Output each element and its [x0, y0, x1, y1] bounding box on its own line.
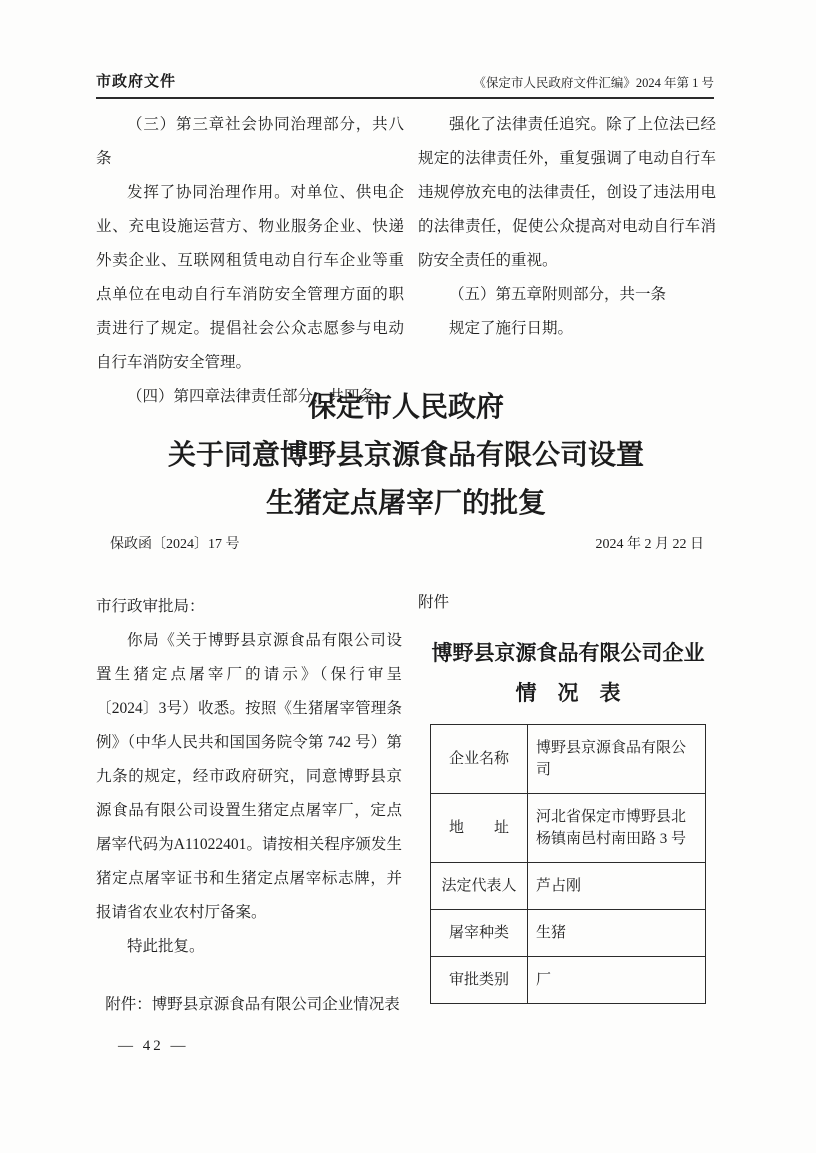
paragraph-section-3-heading: （三）第三章社会协同治理部分，共八条	[96, 108, 404, 176]
title-line-2: 关于同意博野县京源食品有限公司设置	[96, 432, 716, 480]
attachment-note: 附件：博野县京源食品有限公司企业情况表	[96, 988, 402, 1022]
top-right-column: 强化了法律责任追究。除了上位法已经规定的法律责任外，重复强调了电动自行车违规停放…	[418, 108, 716, 346]
row-value: 芦占刚	[528, 863, 706, 910]
title-line-3: 生猪定点屠宰厂的批复	[96, 480, 716, 528]
top-left-column: （三）第三章社会协同治理部分，共八条 发挥了协同治理作用。对单位、供电企业、充电…	[96, 108, 404, 414]
row-value: 生猪	[528, 910, 706, 957]
header-compilation-info: 《保定市人民政府文件汇编》2024 年第 1 号	[473, 73, 714, 91]
document-title: 保定市人民政府 关于同意博野县京源食品有限公司设置 生猪定点屠宰厂的批复	[96, 384, 716, 528]
letter-paragraph: 你局《关于博野县京源食品有限公司设置生猪定点屠宰厂的请示》（保行审呈〔2024〕…	[96, 624, 402, 930]
table-row-approval-category: 审批类别 厂	[431, 957, 706, 1004]
table-row-company-name: 企业名称 博野县京源食品有限公司	[431, 725, 706, 794]
doc-meta-row: 保政函〔2024〕17 号 2024 年 2 月 22 日	[96, 533, 714, 553]
title-line-1: 保定市人民政府	[96, 384, 716, 432]
header-doc-category: 市政府文件	[96, 70, 176, 91]
table-row-legal-representative: 法定代表人 芦占刚	[431, 863, 706, 910]
row-label: 屠宰种类	[431, 910, 528, 957]
attachment-title: 博野县京源食品有限公司企业 情 况 表	[418, 634, 718, 714]
row-label: 地 址	[431, 794, 528, 863]
page-header: 市政府文件 《保定市人民政府文件汇编》2024 年第 1 号	[96, 70, 714, 99]
company-info-table: 企业名称 博野县京源食品有限公司 地 址 河北省保定市博野县北杨镇南邑村南田路 …	[430, 724, 706, 1004]
paragraph-section-3-body: 发挥了协同治理作用。对单位、供电企业、充电设施运营方、物业服务企业、快递外卖企业…	[96, 176, 404, 380]
attachment-title-line-1: 博野县京源食品有限公司企业	[418, 634, 718, 674]
table-row-slaughter-type: 屠宰种类 生猪	[431, 910, 706, 957]
salutation: 市行政审批局：	[96, 590, 402, 624]
paragraph-section-4-body: 强化了法律责任追究。除了上位法已经规定的法律责任外，重复强调了电动自行车违规停放…	[418, 108, 716, 278]
page-number: — 42 —	[118, 1038, 189, 1055]
letter-body-column: 市行政审批局： 你局《关于博野县京源食品有限公司设置生猪定点屠宰厂的请示》（保行…	[96, 590, 402, 1022]
row-label: 审批类别	[431, 957, 528, 1004]
doc-date: 2024 年 2 月 22 日	[596, 533, 705, 553]
row-label: 企业名称	[431, 725, 528, 794]
table-row-address: 地 址 河北省保定市博野县北杨镇南邑村南田路 3 号	[431, 794, 706, 863]
row-value: 博野县京源食品有限公司	[528, 725, 706, 794]
document-page: 市政府文件 《保定市人民政府文件汇编》2024 年第 1 号 （三）第三章社会协…	[0, 0, 816, 1153]
paragraph-section-5-heading: （五）第五章附则部分，共一条	[418, 278, 716, 312]
row-value: 河北省保定市博野县北杨镇南邑村南田路 3 号	[528, 794, 706, 863]
row-value: 厂	[528, 957, 706, 1004]
attachment-label: 附件	[418, 590, 718, 612]
attachment-column: 附件 博野县京源食品有限公司企业 情 况 表 企业名称 博野县京源食品有限公司 …	[418, 590, 718, 1004]
row-label: 法定代表人	[431, 863, 528, 910]
doc-number: 保政函〔2024〕17 号	[110, 533, 240, 553]
letter-closing: 特此批复。	[96, 930, 402, 964]
attachment-title-line-2: 情 况 表	[418, 674, 718, 714]
paragraph-section-5-body: 规定了施行日期。	[418, 312, 716, 346]
